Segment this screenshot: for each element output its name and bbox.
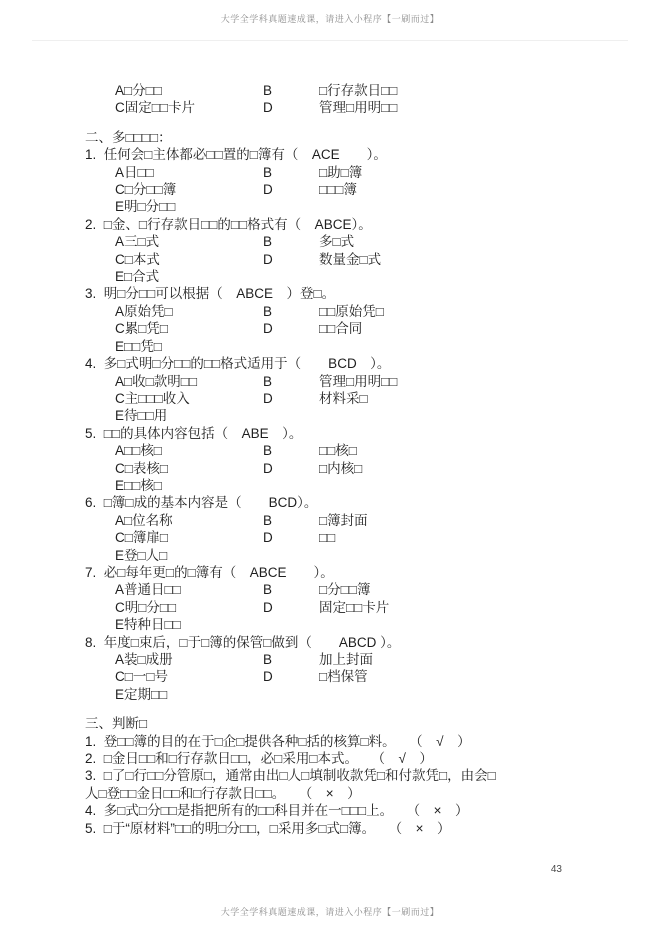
section-heading: 三、判断□ bbox=[85, 715, 625, 732]
option-row: E定期□□ bbox=[85, 686, 625, 703]
option-right: 材料采□ bbox=[319, 390, 368, 407]
option-left: A普通日□□ bbox=[115, 581, 263, 598]
option-left: A□分□□ bbox=[115, 82, 263, 99]
option-row: E登□人□ bbox=[85, 547, 625, 564]
option-letter: D bbox=[263, 181, 319, 198]
option-left: C□分□□簿 bbox=[115, 181, 263, 198]
option-left: A装□成册 bbox=[115, 651, 263, 668]
question-text: 6. □簿□成的基本内容是（ BCD）。 bbox=[85, 494, 625, 511]
option-right: □行存款日□□ bbox=[319, 82, 397, 99]
option-right: 固定□□卡片 bbox=[319, 599, 389, 616]
question-text: 5. □□的具体内容包括（ ABE ）。 bbox=[85, 425, 625, 442]
option-left: C□表核□ bbox=[115, 460, 263, 477]
option-row: A原始凭□B□□原始凭□ bbox=[85, 303, 625, 320]
option-left: A三□式 bbox=[115, 233, 263, 250]
option-right: 加上封面 bbox=[319, 651, 373, 668]
document-page: 大学全学科真题速成课，请进入小程序【一刷而过】 A□分□□B□行存款日□□C固定… bbox=[0, 0, 660, 934]
spacer bbox=[85, 117, 625, 129]
page-number: 43 bbox=[551, 864, 562, 875]
option-letter: B bbox=[263, 581, 319, 598]
option-right: 多□式 bbox=[319, 233, 354, 250]
option-letter: B bbox=[263, 233, 319, 250]
option-left: A原始凭□ bbox=[115, 303, 263, 320]
option-right: 管理□用明□□ bbox=[319, 373, 397, 390]
question-text: 7. 必□每年更□的□簿有（ ABCE ）。 bbox=[85, 564, 625, 581]
judgment-item: 3. □了□行□□分管原□，通常由出□人□填制收款凭□和付款凭□，由会□ bbox=[85, 767, 625, 784]
option-row: A□收□款明□□B管理□用明□□ bbox=[85, 373, 625, 390]
option-left: A日□□ bbox=[115, 164, 263, 181]
page-header-text: 大学全学科真题速成课，请进入小程序【一刷而过】 bbox=[0, 12, 660, 25]
option-right: □簿封面 bbox=[319, 512, 368, 529]
question-text: 4. 多□式明□分□□的□□格式适用于（ BCD ）。 bbox=[85, 355, 625, 372]
option-row: A日□□B□助□簿 bbox=[85, 164, 625, 181]
option-right: □□□簿 bbox=[319, 181, 357, 198]
option-row: C□分□□簿D□□□簿 bbox=[85, 181, 625, 198]
option-row: E特种日□□ bbox=[85, 616, 625, 633]
option-letter: D bbox=[263, 599, 319, 616]
option-row: C主□□□收入D材料采□ bbox=[85, 390, 625, 407]
option-row: C明□分□□D固定□□卡片 bbox=[85, 599, 625, 616]
option-letter: B bbox=[263, 164, 319, 181]
option-right: 管理□用明□□ bbox=[319, 99, 397, 116]
option-right: □分□□簿 bbox=[319, 581, 370, 598]
option-row: C□一□号D□档保管 bbox=[85, 668, 625, 685]
judgment-item: 2. □金日□□和□行存款日□□，必□采用□本式。 （ √ ） bbox=[85, 750, 625, 767]
option-right: □□ bbox=[319, 529, 335, 546]
judgment-continuation: 人□登□□金日□□和□行存款日□□。 （ × ） bbox=[85, 785, 625, 802]
document-content: A□分□□B□行存款日□□C固定□□卡片D管理□用明□□二、多□□□□：1. 任… bbox=[85, 82, 625, 837]
question-text: 8. 年度□束后，□于□簿的保管□做到（ ABCD ）。 bbox=[85, 634, 625, 651]
option-row: C累□凭□D□□合同 bbox=[85, 320, 625, 337]
option-letter: D bbox=[263, 320, 319, 337]
option-left: C主□□□收入 bbox=[115, 390, 263, 407]
option-letter: D bbox=[263, 390, 319, 407]
option-row: E□合式 bbox=[85, 268, 625, 285]
option-left: A□□核□ bbox=[115, 442, 263, 459]
option-letter: D bbox=[263, 251, 319, 268]
option-right: □助□簿 bbox=[319, 164, 362, 181]
spacer bbox=[85, 703, 625, 715]
judgment-item: 1. 登□□簿的目的在于□企□提供各种□括的核算□料。 （ √ ） bbox=[85, 733, 625, 750]
option-right: 数量金□式 bbox=[319, 251, 381, 268]
option-row: A普通日□□B□分□□簿 bbox=[85, 581, 625, 598]
option-right: □档保管 bbox=[319, 668, 368, 685]
option-letter: B bbox=[263, 512, 319, 529]
option-left: C固定□□卡片 bbox=[115, 99, 263, 116]
option-left: C明□分□□ bbox=[115, 599, 263, 616]
option-letter: B bbox=[263, 442, 319, 459]
option-letter: D bbox=[263, 668, 319, 685]
option-row: A□位名称B□簿封面 bbox=[85, 512, 625, 529]
option-letter: B bbox=[263, 303, 319, 320]
option-left: A□位名称 bbox=[115, 512, 263, 529]
option-row: C□本式D数量金□式 bbox=[85, 251, 625, 268]
option-row: E明□分□□ bbox=[85, 198, 625, 215]
option-left: C累□凭□ bbox=[115, 320, 263, 337]
option-right: □□合同 bbox=[319, 320, 362, 337]
option-row: E□□核□ bbox=[85, 477, 625, 494]
option-row: A□□核□B□□核□ bbox=[85, 442, 625, 459]
option-row: E待□□用 bbox=[85, 407, 625, 424]
judgment-item: 4. 多□式□分□□是指把所有的□□科目并在一□□□上。 （ × ） bbox=[85, 802, 625, 819]
option-letter: B bbox=[263, 373, 319, 390]
option-letter: B bbox=[263, 82, 319, 99]
option-row: C□表核□D□内核□ bbox=[85, 460, 625, 477]
header-divider bbox=[32, 40, 628, 41]
option-row: C固定□□卡片D管理□用明□□ bbox=[85, 99, 625, 116]
question-text: 1. 任何会□主体都必□□置的□簿有（ ACE ）。 bbox=[85, 146, 625, 163]
option-row: A□分□□B□行存款日□□ bbox=[85, 82, 625, 99]
option-left: C□簿扉□ bbox=[115, 529, 263, 546]
option-letter: D bbox=[263, 460, 319, 477]
option-row: A三□式B多□式 bbox=[85, 233, 625, 250]
option-right: □□核□ bbox=[319, 442, 357, 459]
option-letter: D bbox=[263, 99, 319, 116]
question-text: 2. □金、□行存款日□□的□□格式有（ ABCE）。 bbox=[85, 216, 625, 233]
option-left: C□本式 bbox=[115, 251, 263, 268]
judgment-item: 5. □于“原材料”□□的明□分□□，□采用多□式□簿。 （ × ） bbox=[85, 820, 625, 837]
question-text: 3. 明□分□□可以根据（ ABCE ）登□。 bbox=[85, 285, 625, 302]
option-letter: D bbox=[263, 529, 319, 546]
option-row: C□簿扉□D□□ bbox=[85, 529, 625, 546]
option-letter: B bbox=[263, 651, 319, 668]
option-right: □内核□ bbox=[319, 460, 362, 477]
section-heading: 二、多□□□□： bbox=[85, 129, 625, 146]
page-footer-text: 大学全学科真题速成课，请进入小程序【一刷而过】 bbox=[0, 905, 660, 918]
option-right: □□原始凭□ bbox=[319, 303, 384, 320]
option-left: C□一□号 bbox=[115, 668, 263, 685]
option-row: E□□凭□ bbox=[85, 338, 625, 355]
option-left: A□收□款明□□ bbox=[115, 373, 263, 390]
option-row: A装□成册B加上封面 bbox=[85, 651, 625, 668]
